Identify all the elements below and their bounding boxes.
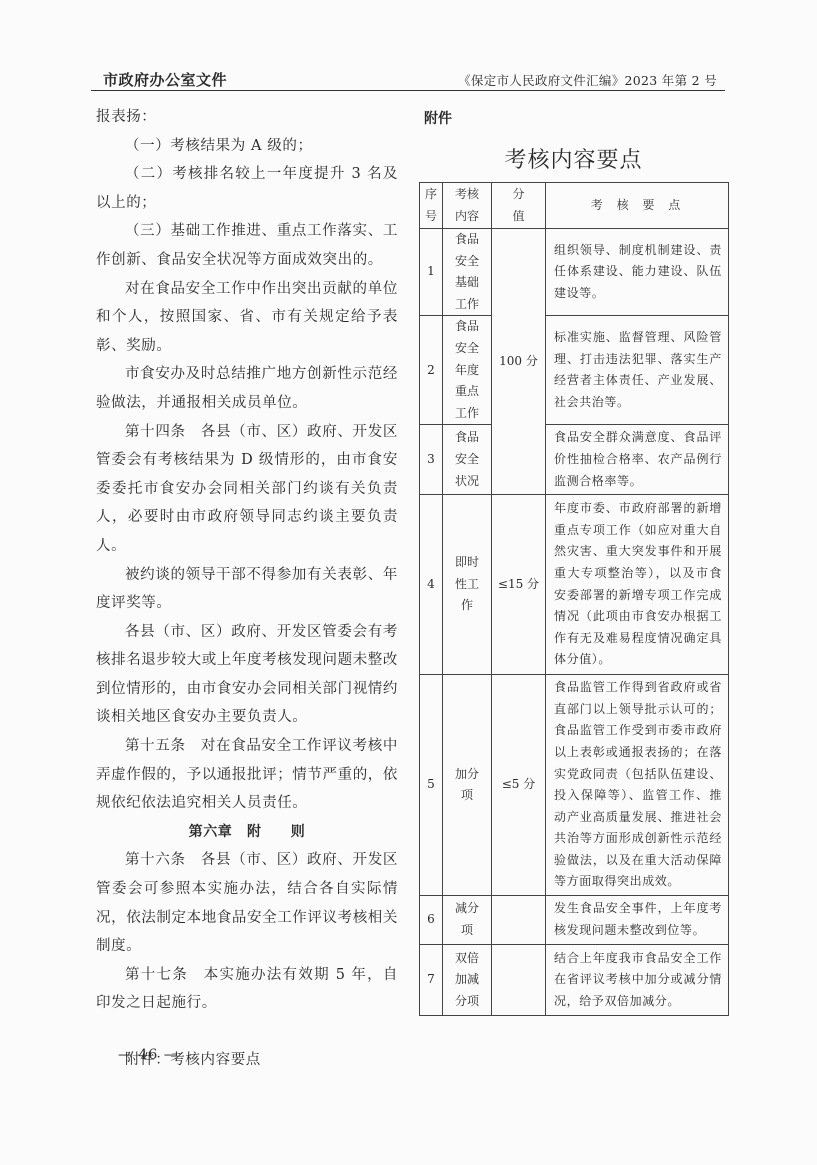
- table-row: 2 食品安全年度重点工作 标准实施、监督管理、风险管理、打击违法犯罪、落实生产经…: [420, 316, 729, 425]
- cell-no: 4: [420, 495, 443, 675]
- paragraph: （一）考核结果为 A 级的；: [96, 132, 398, 161]
- cell-score: ≤15 分: [492, 495, 546, 675]
- cell-no: 6: [420, 896, 443, 945]
- paragraph: 各县（市、区）政府、开发区管委会有考核排名退步较大或上年度考核发现问题未整改到位…: [96, 618, 398, 732]
- cell-points: 结合上年度我市食品安全工作在省评议考核中加分或减分情况，给予双倍加减分。: [546, 945, 729, 1016]
- cell-score: 100 分: [492, 229, 546, 495]
- page-number: — 46 —: [118, 1047, 179, 1063]
- paragraph: 对在食品安全工作中作出突出贡献的单位和个人，按照国家、省、市有关规定给予表彰、奖…: [96, 275, 398, 361]
- cell-item: 减分项: [443, 896, 492, 945]
- header-points: 考 核 要 点: [546, 183, 729, 229]
- cell-score: [492, 945, 546, 1016]
- cell-points: 食品监管工作得到省政府或省直部门以上领导批示认可的；食品监管工作受到市委市政府以…: [546, 675, 729, 896]
- cell-item: 加分项: [443, 675, 492, 896]
- table-row: 3 食品安全状况 食品安全群众满意度、食品评价性抽检合格率、农产品例行监测合格率…: [420, 425, 729, 495]
- paragraph: 被约谈的领导干部不得参加有关表彰、年度评奖等。: [96, 561, 398, 618]
- table-row: 1 食品安全基础工作 100 分 组织领导、制度机制建设、责任体系建设、能力建设…: [420, 229, 729, 316]
- cell-points: 食品安全群众满意度、食品评价性抽检合格率、农产品例行监测合格率等。: [546, 425, 729, 495]
- cell-points: 发生食品安全事件，上年度考核发现问题未整改到位等。: [546, 896, 729, 945]
- header-rule: [91, 90, 725, 91]
- header-right-title: 《保定市人民政府文件汇编》2023 年第 2 号: [458, 71, 717, 89]
- table-header-row: 序号 考核内容 分值 考 核 要 点: [420, 183, 729, 229]
- assessment-table: 序号 考核内容 分值 考 核 要 点 1 食品安全基础工作 100 分 组织领导…: [419, 182, 729, 1016]
- header-score: 分值: [492, 183, 546, 229]
- header-item: 考核内容: [443, 183, 492, 229]
- table-row: 6 减分项 发生食品安全事件，上年度考核发现问题未整改到位等。: [420, 896, 729, 945]
- cell-no: 1: [420, 229, 443, 316]
- left-column-body: 报表扬： （一）考核结果为 A 级的； （二）考核排名较上一年度提升 3 名及以…: [96, 103, 398, 1075]
- table-row: 7 双倍加减分项 结合上年度我市食品安全工作在省评议考核中加分或减分情况，给予双…: [420, 945, 729, 1016]
- cell-no: 3: [420, 425, 443, 495]
- cell-score: [492, 896, 546, 945]
- paragraph: （三）基础工作推进、重点工作落实、工作创新、食品安全状况等方面成效突出的。: [96, 217, 398, 274]
- chapter-heading: 第六章 附 则: [96, 818, 398, 847]
- cell-item: 双倍加减分项: [443, 945, 492, 1016]
- table-row: 5 加分项 ≤5 分 食品监管工作得到省政府或省直部门以上领导批示认可的；食品监…: [420, 675, 729, 896]
- cell-no: 7: [420, 945, 443, 1016]
- cell-points: 标准实施、监督管理、风险管理、打击违法犯罪、落实生产经营者主体责任、产业发展、社…: [546, 316, 729, 425]
- paragraph: 报表扬：: [96, 103, 398, 132]
- cell-points: 年度市委、市政府部署的新增重点专项工作（如应对重大自然灾害、重大突发事件和开展重…: [546, 495, 729, 675]
- article-15: 第十五条 对在食品安全工作评议考核中弄虚作假的，予以通报批评；情节严重的，依规依…: [96, 732, 398, 818]
- article-17: 第十七条 本实施办法有效期 5 年，自印发之日起施行。: [96, 961, 398, 1018]
- cell-no: 2: [420, 316, 443, 425]
- cell-item: 即时性工作: [443, 495, 492, 675]
- table-title: 考核内容要点: [419, 143, 728, 174]
- article-14: 第十四条 各县（市、区）政府、开发区管委会有考核结果为 D 级情形的，由市食安委…: [96, 418, 398, 561]
- cell-item: 食品安全状况: [443, 425, 492, 495]
- cell-points: 组织领导、制度机制建设、责任体系建设、能力建设、队伍建设等。: [546, 229, 729, 316]
- cell-item: 食品安全基础工作: [443, 229, 492, 316]
- cell-score: ≤5 分: [492, 675, 546, 896]
- header-left-title: 市政府办公室文件: [103, 69, 227, 90]
- paragraph: 市食安办及时总结推广地方创新性示范经验做法，并通报相关成员单位。: [96, 360, 398, 417]
- header-no: 序号: [420, 183, 443, 229]
- cell-no: 5: [420, 675, 443, 896]
- paragraph: （二）考核排名较上一年度提升 3 名及以上的；: [96, 160, 398, 217]
- article-16: 第十六条 各县（市、区）政府、开发区管委会可参照本实施办法，结合各自实际情况，依…: [96, 846, 398, 960]
- cell-item: 食品安全年度重点工作: [443, 316, 492, 425]
- table-row: 4 即时性工作 ≤15 分 年度市委、市政府部署的新增重点专项工作（如应对重大自…: [420, 495, 729, 675]
- attachment-label: 附件: [424, 108, 452, 128]
